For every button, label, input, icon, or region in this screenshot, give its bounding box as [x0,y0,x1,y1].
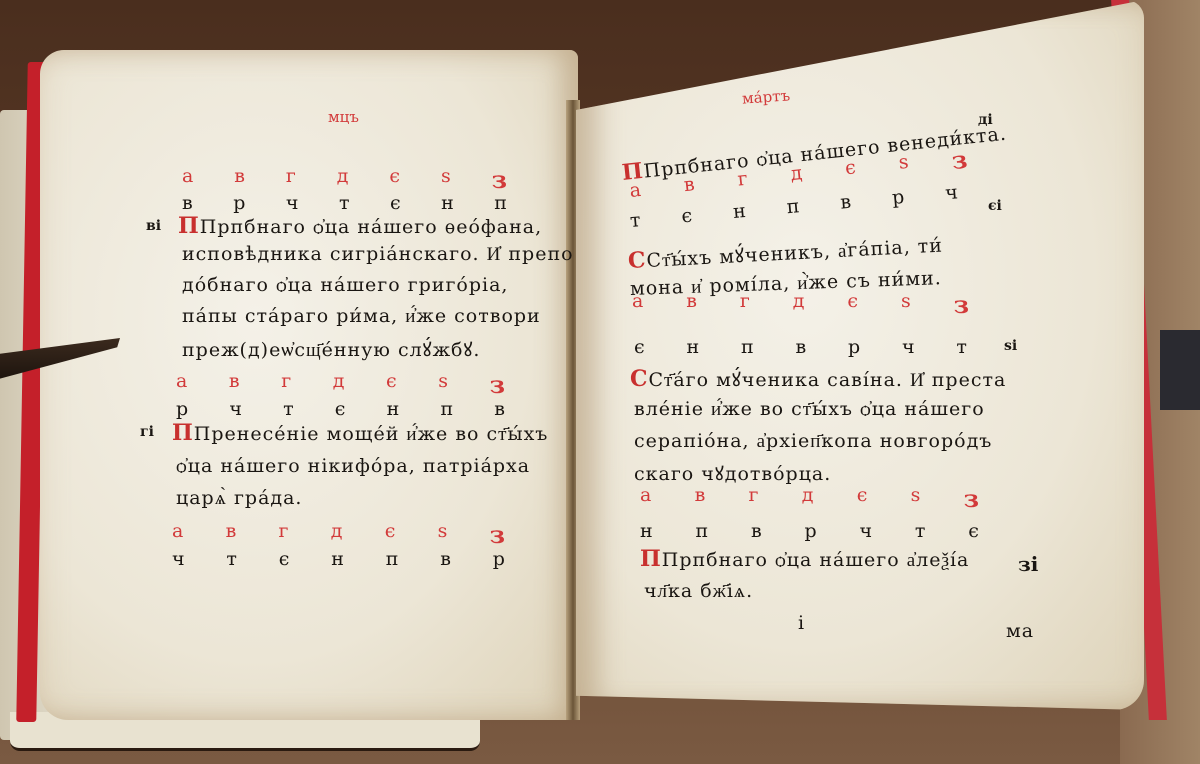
text-line: серапіо́на, а҆рхіеп҃копа новгоро́дъ [634,430,992,453]
calendar-letters-row: єнпврчт [634,336,968,358]
text-line: вле́ніе и҆́же во ст҃ы́хъ ѻ҆ца на́шего [634,398,985,421]
text-line: ППрпбнаго ѻ҆ца на́шего а҆леѯі́а [640,546,969,572]
calendar-letters-row: нпврчтє [640,520,980,542]
text-line: па́пы ста́раго ри́ма, и҆́же сотвори [182,305,541,328]
day-number: зі [1018,552,1038,576]
text-line: ѻ҆ца на́шего нікифо́ра, патріа́рха [176,455,530,478]
day-number: ді [978,112,993,128]
text-line: чл҃ка бж҃іѧ. [644,580,753,603]
catchword: ма [1006,620,1034,642]
text-line: скаго чꙋдотво́рца. [634,460,831,486]
right-running-head: ма́ртъ [741,86,790,107]
red-initial: П [172,420,194,446]
red-initial: П [178,213,200,239]
day-number: ві [146,218,161,234]
text-line: ППрпбнаго ѻ҆ца на́шего ѳео́фана, [178,213,542,239]
day-number: єі [988,198,1002,214]
text-line: ССт҃а́го мꙋ́ченика саві́на. И҆ преста [630,366,1006,392]
red-initial: П [640,546,662,572]
weekday-letters-row: авгдєѕз [172,520,506,549]
text-line: преж(д)еѡ҆сщ҃е́нную слꙋ́жбꙋ. [182,336,480,362]
day-number: гі [140,424,154,440]
signature-mark: і [798,612,805,634]
text-line: царѧ̀ гра́да. [176,487,302,510]
text-line: до́бнаго ѻ҆ца на́шего григо́ріа, [182,274,508,297]
weekday-letters-row: авгдєѕз [632,290,970,319]
text-line: исповѣдника сигріа́нскаго. И҆ препо [182,243,574,266]
left-running-head: мцъ [328,108,359,126]
calendar-letters-row: чтєнпвр [172,548,506,570]
day-number: ѕі [1004,338,1017,354]
weekday-letters-row: авгдєѕз [182,165,508,194]
calendar-letters-row: врчтєнп [182,192,508,214]
calendar-letters-row: рчтєнпв [176,398,506,420]
weekday-letters-row: авгдєѕз [176,370,506,399]
dark-object [1160,330,1200,410]
red-initial: С [627,247,647,274]
text-line: ППренесе́ніе моще́й и҆́же во ст҃ы́хъ [172,420,548,446]
red-initial: С [630,366,649,392]
weekday-letters-row: авгдєѕз [640,484,980,513]
